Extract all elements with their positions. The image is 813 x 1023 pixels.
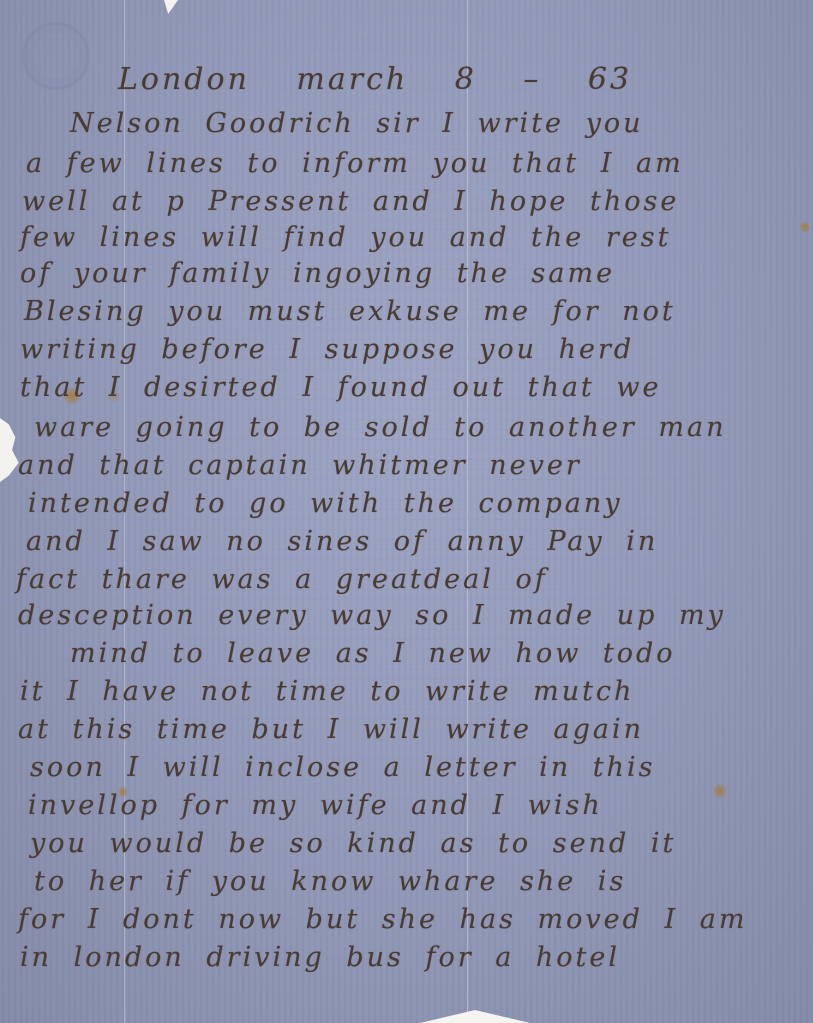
letter-date-line: London march 8 – 63 — [118, 62, 632, 97]
letter-line: mind to leave as I new how todo — [70, 638, 676, 669]
letter-line: to her if you know whare she is — [34, 866, 626, 897]
letter-line: it I have not time to write mutch — [20, 676, 634, 707]
letter-line: desception every way so I made up my — [18, 600, 726, 631]
letter-line: soon I will inclose a letter in this — [30, 752, 655, 783]
letter-line: intended to go with the company — [28, 488, 623, 519]
letter-body: London march 8 – 63 Nelson Goodrich sir … — [0, 0, 813, 1023]
letter-line: for I dont now but she has moved I am — [18, 904, 747, 935]
letter-line: of your family ingoying the same — [20, 258, 615, 289]
letter-line: writing before I suppose you herd — [20, 334, 634, 365]
letter-line: few lines will find you and the rest — [20, 222, 671, 253]
letter-line: and I saw no sines of anny Pay in — [26, 526, 658, 557]
letter-line: Nelson Goodrich sir I write you — [70, 108, 644, 139]
letter-line: ware going to be sold to another man — [34, 412, 726, 443]
letter-line: at this time but I will write again — [18, 714, 644, 745]
letter-line: you would be so kind as to send it — [30, 828, 676, 859]
letter-line: Blesing you must exkuse me for not — [24, 296, 676, 327]
letter-line: invellop for my wife and I wish — [28, 790, 603, 821]
letter-line: a few lines to inform you that I am — [26, 148, 684, 179]
letter-line: well at p Pressent and I hope those — [22, 186, 679, 217]
letter-line: that I desirted I found out that we — [20, 372, 661, 403]
letter-line: fact thare was a greatdeal of — [16, 564, 548, 595]
letter-line: and that captain whitmer never — [18, 450, 582, 481]
letter-line: in london driving bus for a hotel — [20, 942, 620, 973]
